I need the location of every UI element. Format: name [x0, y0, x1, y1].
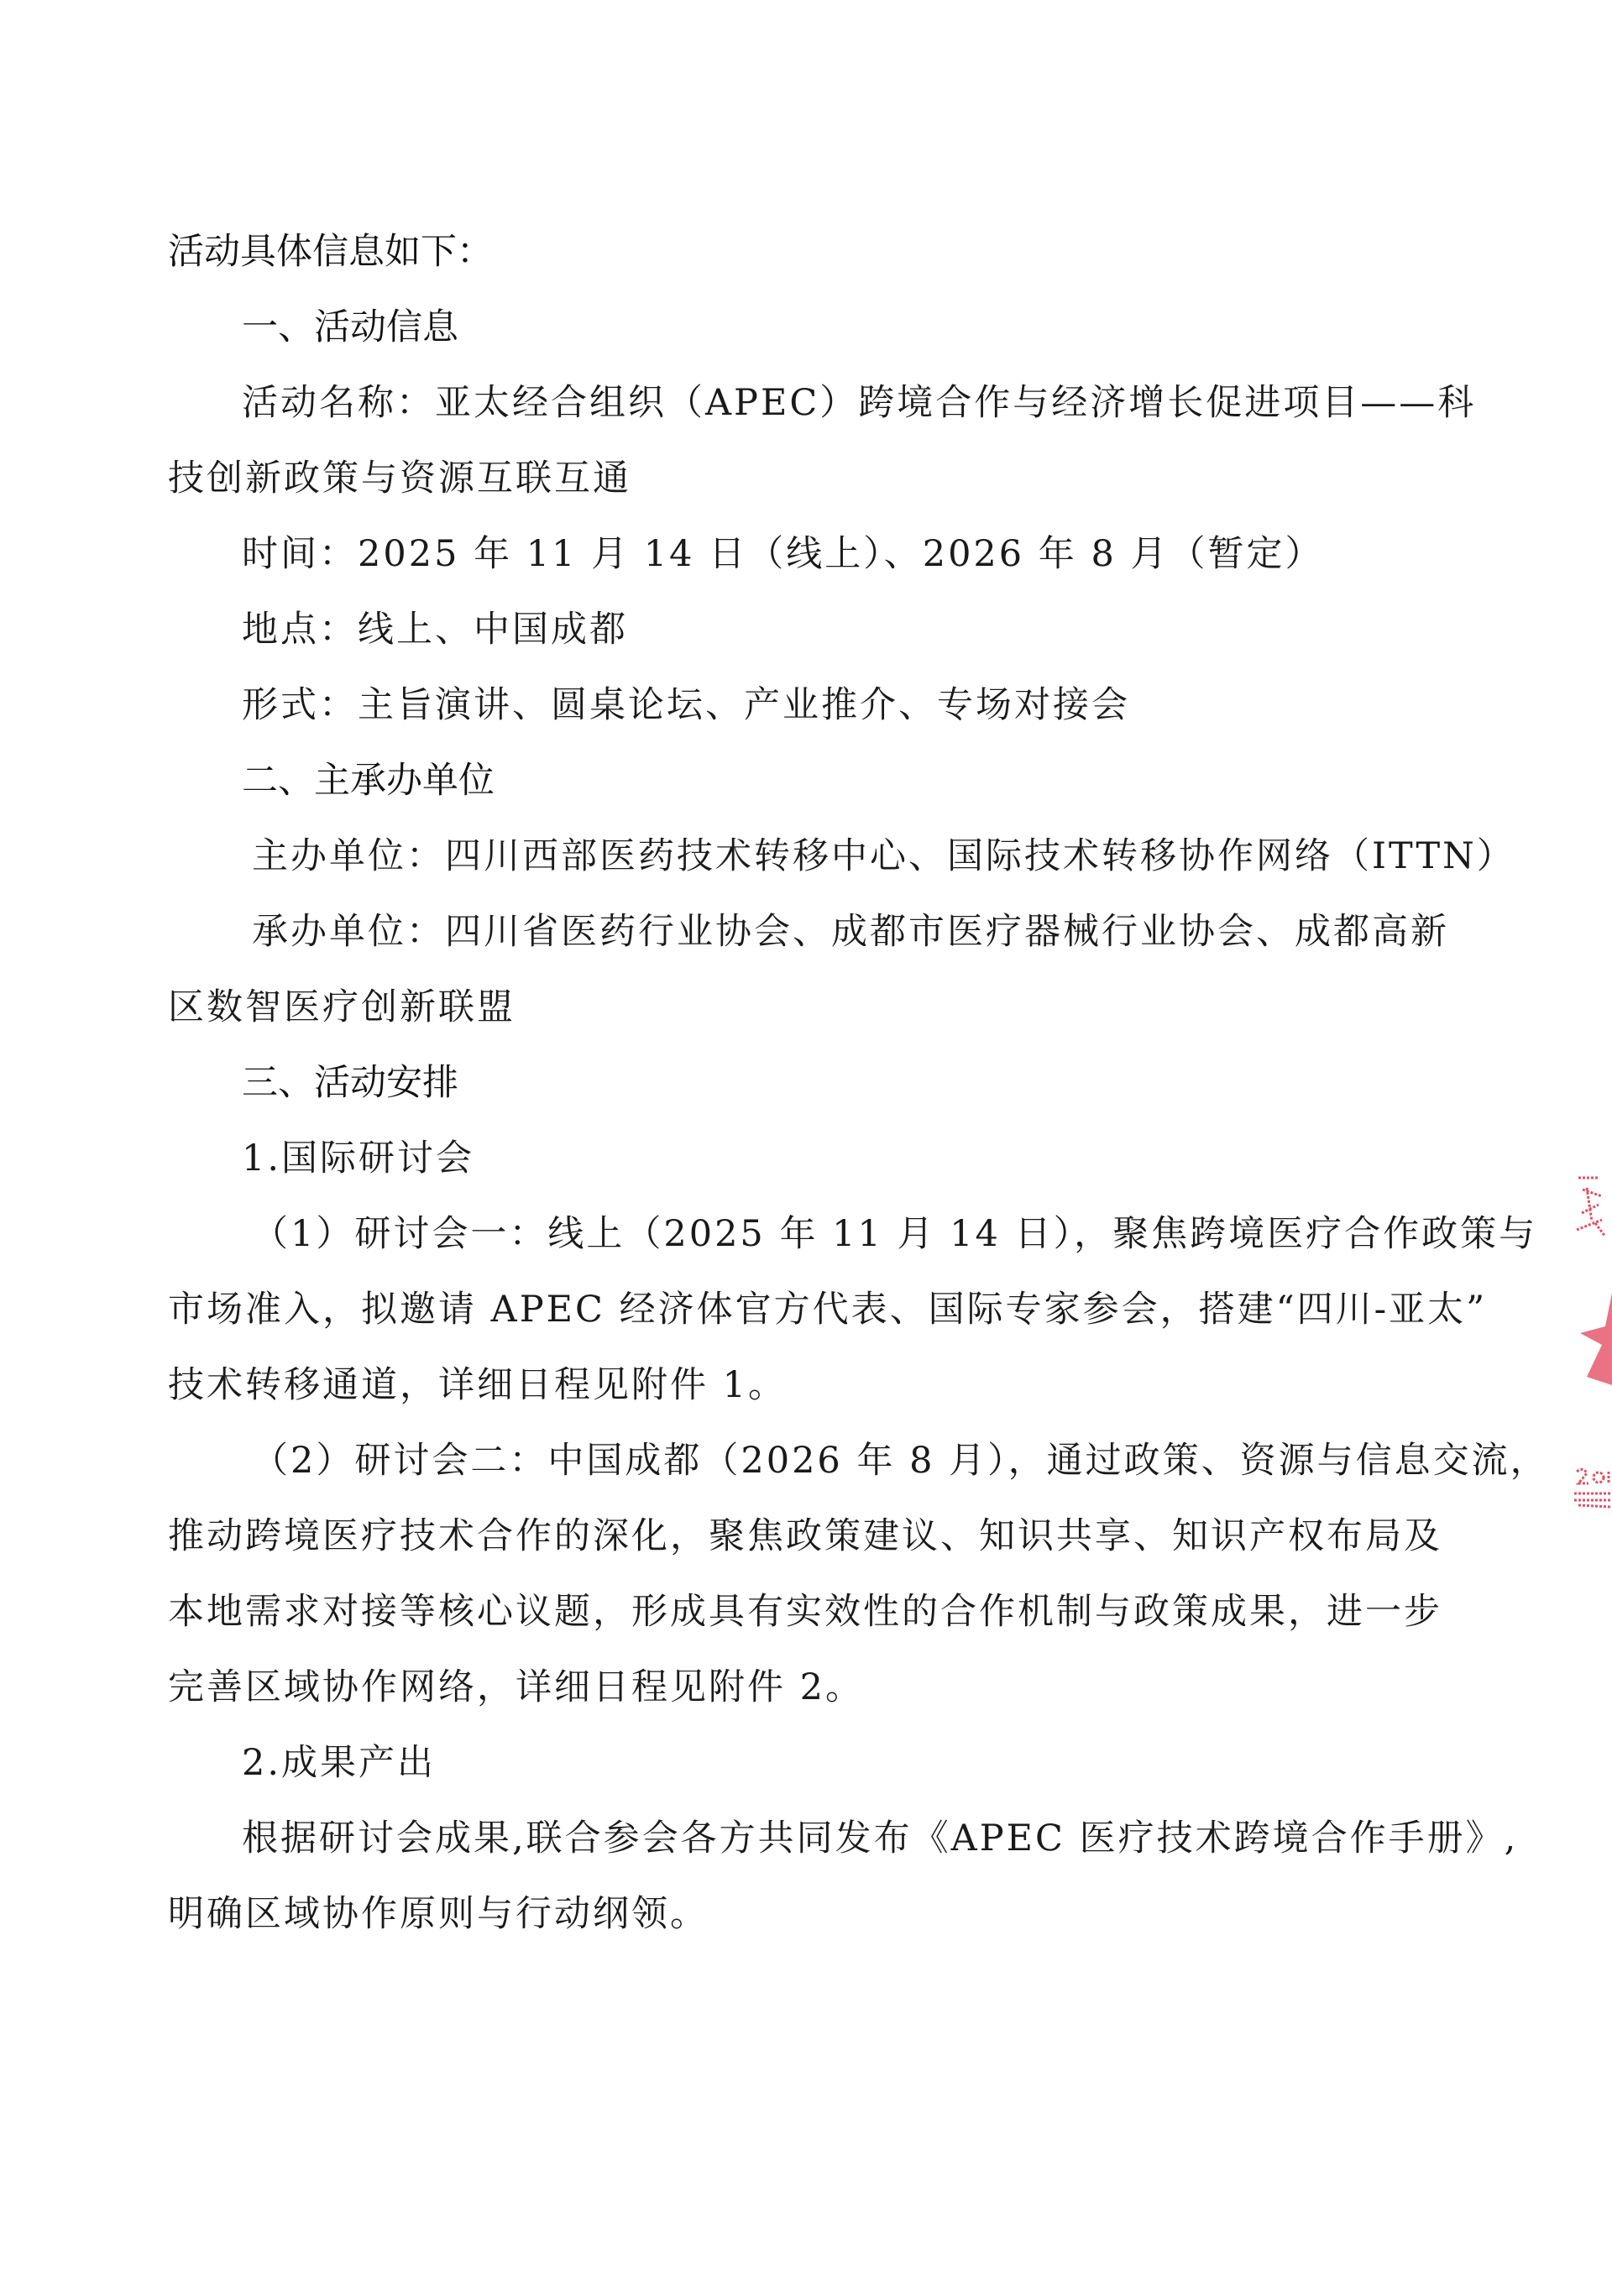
section-heading-activity-info: 一、活动信息 [168, 290, 1427, 365]
seminar-2-line: （2）研讨会二：中国成都（2026 年 8 月），通过政策、资源与信息交流， [168, 1423, 1427, 1498]
activity-format-line: 形式：主旨演讲、圆桌论坛、产业推介、专场对接会 [168, 667, 1427, 743]
document-page: 活动具体信息如下： 一、活动信息 活动名称：亚太经合组织（APEC）跨境合作与经… [168, 214, 1427, 1952]
seminar-1-line-cont-1: 市场准入，拟邀请 APEC 经济体官方代表、国际专家参会，搭建“四川-亚太” [168, 1272, 1427, 1347]
intro-line: 活动具体信息如下： [168, 214, 1427, 290]
co-organizer-line-cont: 区数智医疗创新联盟 [168, 970, 1427, 1045]
subheading-outcomes: 2.成果产出 [168, 1725, 1427, 1801]
activity-time-line: 时间：2025 年 11 月 14 日（线上）、2026 年 8 月（暂定） [168, 516, 1427, 592]
outcomes-line: 根据研讨会成果,联合参会各方共同发布《APEC 医疗技术跨境合作手册》, [168, 1801, 1427, 1876]
seminar-2-line-cont-3: 完善区域协作网络，详细日程见附件 2。 [168, 1650, 1427, 1725]
section-heading-arrangement: 三、活动安排 [168, 1045, 1427, 1121]
co-organizer-line: 承办单位：四川省医药行业协会、成都市医疗器械行业协会、成都高新 [168, 894, 1427, 970]
activity-name-line-cont: 技创新政策与资源互联互通 [168, 441, 1427, 516]
seminar-2-line-cont-1: 推动跨境医疗技术合作的深化，聚焦政策建议、知识共享、知识产权布局及 [168, 1498, 1427, 1574]
seal-star-icon [1562, 1293, 1612, 1385]
subheading-seminar: 1.国际研讨会 [168, 1121, 1427, 1196]
section-heading-organizers: 二、主承办单位 [168, 743, 1427, 819]
seminar-2-line-cont-2: 本地需求对接等核心议题，形成具有实效性的合作机制与政策成果，进一步 [168, 1574, 1427, 1650]
activity-name-line: 活动名称：亚太经合组织（APEC）跨境合作与经济增长促进项目——科 [168, 365, 1427, 441]
seminar-1-line: （1）研讨会一：线上（2025 年 11 月 14 日），聚焦跨境医疗合作政策与 [168, 1196, 1427, 1272]
seal-fragment-top [1562, 1171, 1612, 1247]
activity-location-line: 地点：线上、中国成都 [168, 592, 1427, 667]
seminar-1-line-cont-2: 技术转移通道，详细日程见附件 1。 [168, 1347, 1427, 1423]
host-organizer-line: 主办单位：四川西部医药技术转移中心、国际技术转移协作网络（ITTN） [168, 819, 1427, 894]
outcomes-line-cont: 明确区域协作原则与行动纲领。 [168, 1876, 1427, 1952]
seal-fragment-bottom [1562, 1465, 1612, 1511]
